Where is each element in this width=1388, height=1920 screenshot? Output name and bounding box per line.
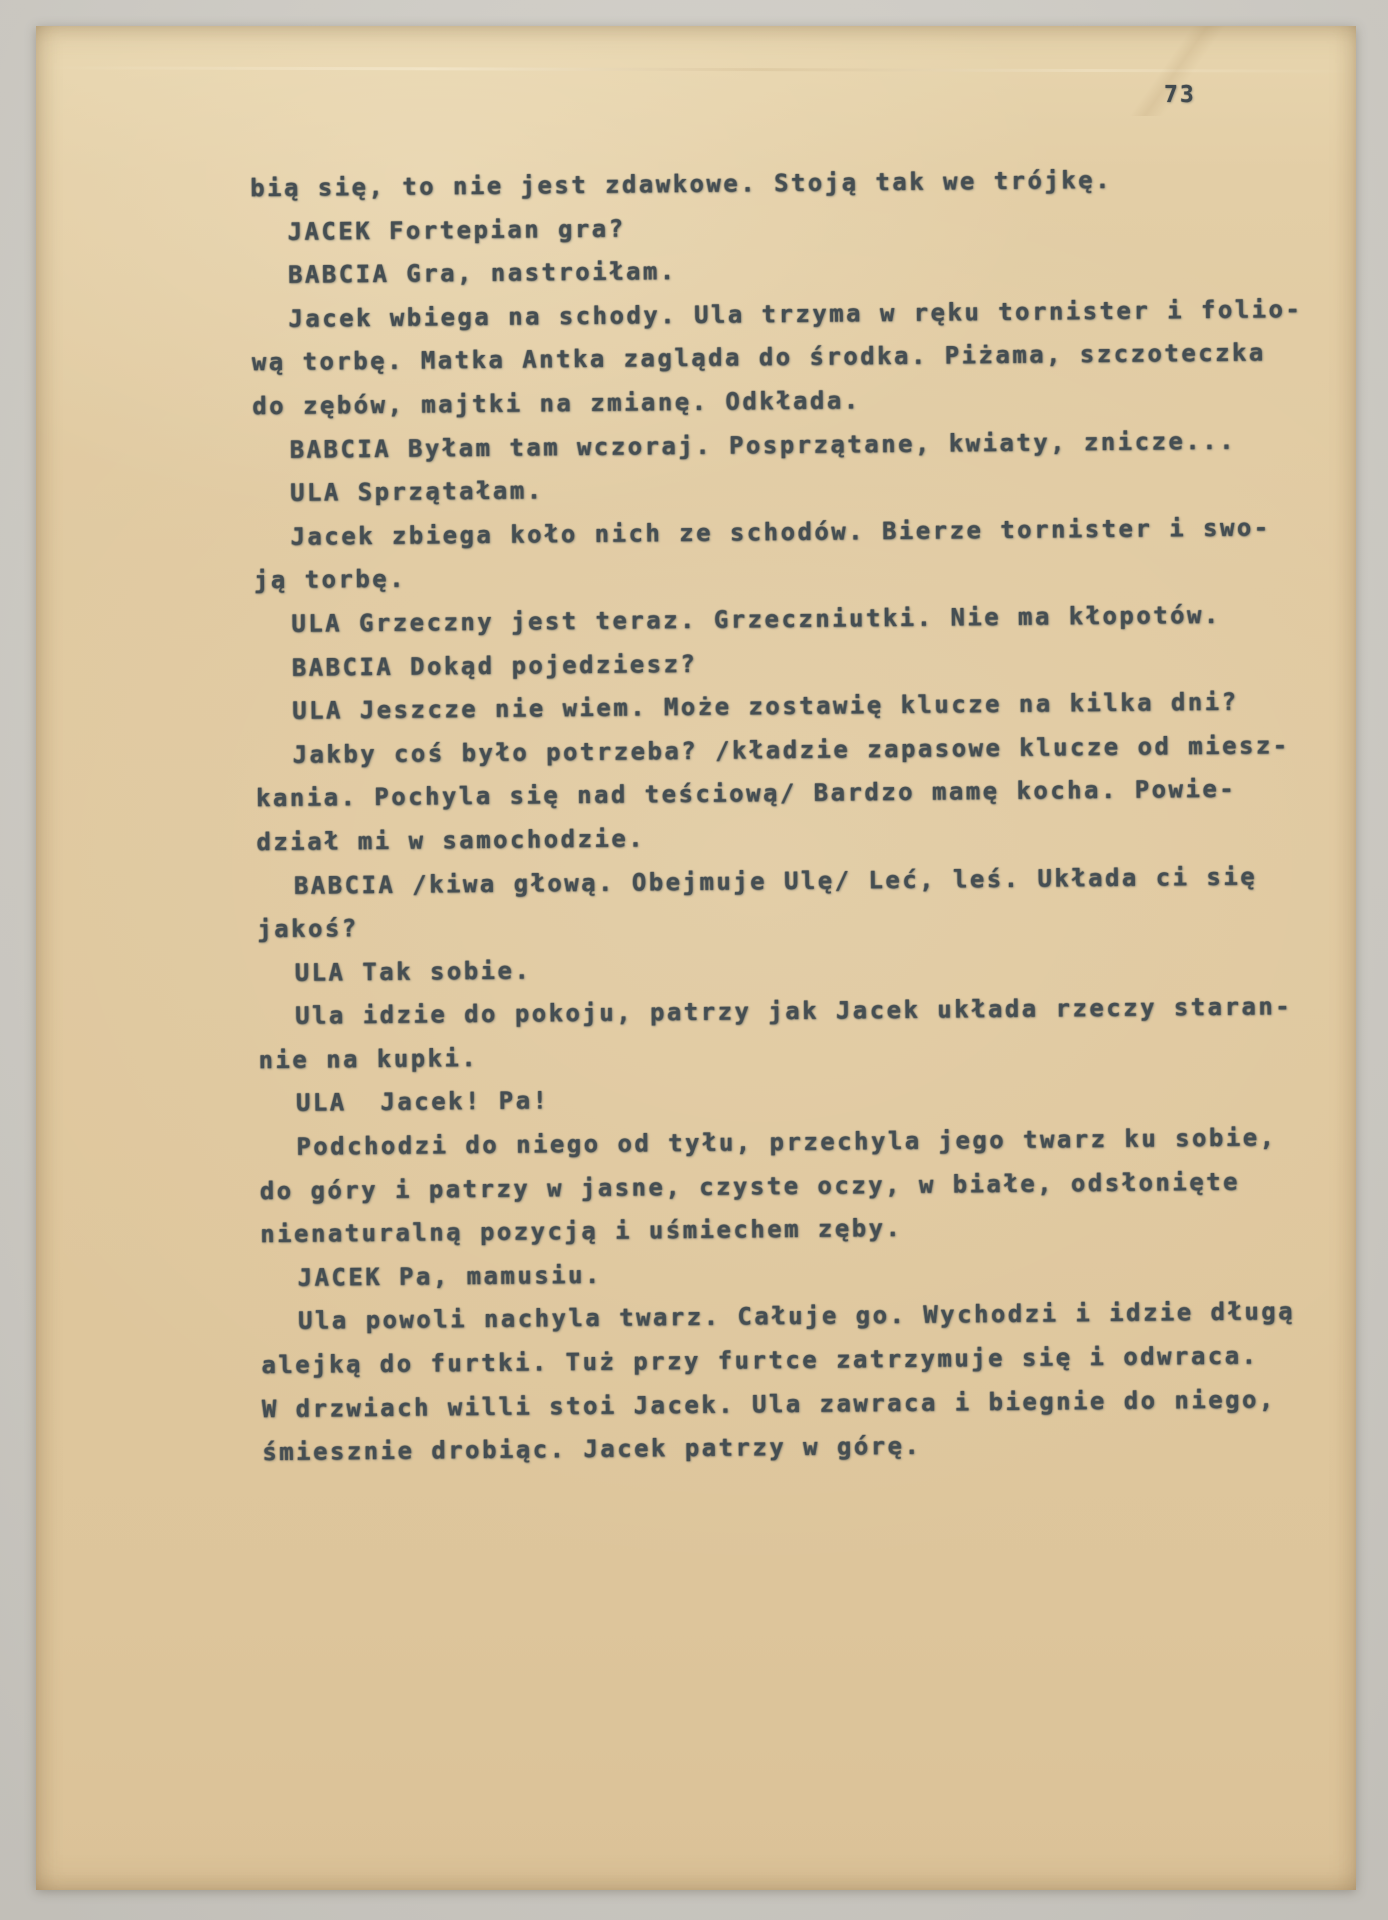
- text-line: śmiesznie drobiąc. Jacek patrzy w górę.: [262, 1421, 1354, 1475]
- page-text: bią się, to nie jest zdawkowe. Stoją tak…: [250, 157, 1355, 1475]
- paper-fold-crease: [36, 66, 1356, 72]
- page-number: 73: [1164, 82, 1196, 108]
- page-background: { "page": { "number": "73", "paper_color…: [0, 0, 1388, 1920]
- paper-sheet: 73 bią się, to nie jest zdawkowe. Stoją …: [36, 26, 1356, 1890]
